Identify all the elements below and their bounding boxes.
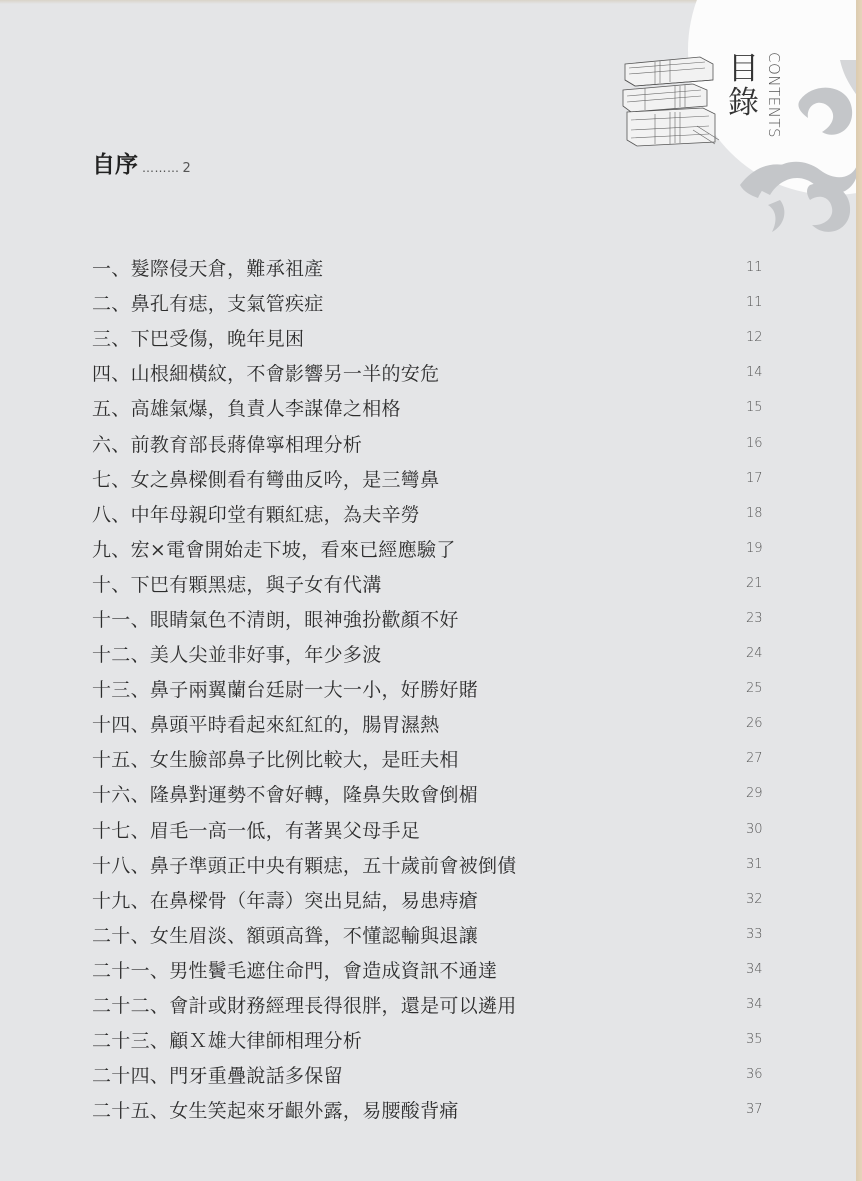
toc-entry-page: 26 <box>746 716 772 731</box>
toc-entry-page: 24 <box>746 646 772 661</box>
toc-entry-page: 34 <box>746 962 772 977</box>
toc-entry-title: 十二、美人尖並非好事，年少多波 <box>92 640 382 667</box>
toc-entry-title: 二十二、會計或財務經理長得很胖，還是可以遴用 <box>92 991 517 1018</box>
toc-entry-title: 二十三、顧Ｘ雄大律師相理分析 <box>92 1026 362 1053</box>
toc-preface-entry[interactable]: 自序 ……… 2 <box>92 146 191 179</box>
table-of-contents: 一、髮際侵天倉，難承祖產11 二、鼻孔有痣，支氣管疾症11 三、下巴受傷，晚年見… <box>92 250 772 1127</box>
toc-entry-title: 一、髮際侵天倉，難承祖產 <box>92 254 324 281</box>
toc-entry[interactable]: 十八、鼻子準頭正中央有顆痣，五十歲前會被倒債31 <box>92 847 772 882</box>
toc-entry-title: 二十一、男性鬢毛遮住命門，會造成資訊不通達 <box>92 956 497 983</box>
toc-entry-page: 17 <box>746 471 772 486</box>
page-title-english: CONTENTS <box>765 52 783 138</box>
toc-entry[interactable]: 十五、女生臉部鼻子比例比較大，是旺夫相27 <box>92 741 772 776</box>
toc-entry[interactable]: 七、女之鼻樑側看有彎曲反吟，是三彎鼻17 <box>92 461 772 496</box>
toc-entry-page: 14 <box>746 365 772 380</box>
toc-entry[interactable]: 二十五、女生笑起來牙齦外露，易腰酸背痛37 <box>92 1092 772 1127</box>
toc-entry[interactable]: 二十二、會計或財務經理長得很胖，還是可以遴用34 <box>92 987 772 1022</box>
toc-entry[interactable]: 十二、美人尖並非好事，年少多波24 <box>92 636 772 671</box>
toc-entry[interactable]: 二十、女生眉淡、額頭高聳，不懂認輸與退讓33 <box>92 917 772 952</box>
toc-entry-page: 15 <box>746 400 772 415</box>
toc-entry-title: 十五、女生臉部鼻子比例比較大，是旺夫相 <box>92 745 459 772</box>
title-char-2: 錄 <box>728 86 762 120</box>
toc-entry[interactable]: 三、下巴受傷，晚年見困12 <box>92 320 772 355</box>
toc-entry-page: 25 <box>746 681 772 696</box>
toc-entry-page: 32 <box>746 892 772 907</box>
toc-entry[interactable]: 十九、在鼻樑骨（年壽）突出見結，易患痔瘡32 <box>92 882 772 917</box>
toc-entry[interactable]: 四、山根細橫紋，不會影響另一半的安危14 <box>92 355 772 390</box>
toc-entry[interactable]: 十、下巴有顆黑痣，與子女有代溝21 <box>92 566 772 601</box>
toc-entry-title: 七、女之鼻樑側看有彎曲反吟，是三彎鼻 <box>92 465 439 492</box>
toc-entry-page: 27 <box>746 751 772 766</box>
toc-entry-page: 11 <box>746 260 772 275</box>
toc-entry-page: 16 <box>746 436 772 451</box>
toc-entry-title: 十九、在鼻樑骨（年壽）突出見結，易患痔瘡 <box>92 886 478 913</box>
toc-entry[interactable]: 十六、隆鼻對運勢不會好轉，隆鼻失敗會倒楣29 <box>92 776 772 811</box>
toc-entry-page: 12 <box>746 330 772 345</box>
toc-entry-title: 十一、眼睛氣色不清朗，眼神強扮歡顏不好 <box>92 605 459 632</box>
preface-page-number: 2 <box>183 161 191 176</box>
toc-entry-title: 十三、鼻子兩翼蘭台廷尉一大一小，好勝好賭 <box>92 675 478 702</box>
toc-entry-page: 18 <box>746 506 772 521</box>
toc-entry-title: 五、高雄氣爆，負責人李謀偉之相格 <box>92 394 401 421</box>
toc-entry-page: 37 <box>746 1102 772 1117</box>
toc-entry[interactable]: 六、前教育部長蔣偉寧相理分析16 <box>92 425 772 460</box>
preface-title: 自序 <box>92 146 138 179</box>
toc-entry-page: 31 <box>746 857 772 872</box>
page-title-chinese: 目 錄 <box>728 52 762 120</box>
toc-entry-page: 36 <box>746 1067 772 1082</box>
toc-entry[interactable]: 十四、鼻頭平時看起來紅紅的，腸胃濕熱26 <box>92 706 772 741</box>
toc-entry[interactable]: 九、宏×電會開始走下坡，看來已經應驗了19 <box>92 531 772 566</box>
toc-entry[interactable]: 十三、鼻子兩翼蘭台廷尉一大一小，好勝好賭25 <box>92 671 772 706</box>
book-page: 目 錄 CONTENTS 自序 ……… 2 一、髮際侵天倉，難承祖產11 二、鼻… <box>0 0 856 1181</box>
toc-entry-page: 11 <box>746 295 772 310</box>
toc-entry-title: 二十四、門牙重疊說話多保留 <box>92 1061 343 1088</box>
toc-entry-title: 十六、隆鼻對運勢不會好轉，隆鼻失敗會倒楣 <box>92 780 478 807</box>
toc-entry[interactable]: 八、中年母親印堂有顆紅痣，為夫辛勞18 <box>92 496 772 531</box>
toc-entry-title: 九、宏×電會開始走下坡，看來已經應驗了 <box>92 535 456 562</box>
toc-entry-title: 四、山根細橫紋，不會影響另一半的安危 <box>92 359 439 386</box>
toc-entry-title: 六、前教育部長蔣偉寧相理分析 <box>92 430 362 457</box>
toc-entry-title: 十四、鼻頭平時看起來紅紅的，腸胃濕熱 <box>92 710 439 737</box>
toc-entry-title: 十、下巴有顆黑痣，與子女有代溝 <box>92 570 382 597</box>
leader-dots: ……… <box>142 161 180 175</box>
toc-entry-page: 19 <box>746 541 772 556</box>
toc-entry-page: 21 <box>746 576 772 591</box>
toc-entry-page: 33 <box>746 927 772 942</box>
toc-entry-title: 十八、鼻子準頭正中央有顆痣，五十歲前會被倒債 <box>92 851 517 878</box>
toc-entry-title: 十七、眉毛一高一低，有著異父母手足 <box>92 816 420 843</box>
title-char-1: 目 <box>728 52 762 86</box>
stacked-books-icon <box>615 52 730 147</box>
toc-entry-title: 二十、女生眉淡、額頭高聳，不懂認輸與退讓 <box>92 921 478 948</box>
page-edge-strip <box>856 0 862 1181</box>
toc-entry-page: 29 <box>746 786 772 801</box>
toc-entry-page: 23 <box>746 611 772 626</box>
toc-entry-title: 八、中年母親印堂有顆紅痣，為夫辛勞 <box>92 500 420 527</box>
toc-entry[interactable]: 二十四、門牙重疊說話多保留36 <box>92 1057 772 1092</box>
toc-entry[interactable]: 一、髮際侵天倉，難承祖產11 <box>92 250 772 285</box>
toc-entry[interactable]: 二十三、顧Ｘ雄大律師相理分析35 <box>92 1022 772 1057</box>
toc-entry[interactable]: 十七、眉毛一高一低，有著異父母手足30 <box>92 812 772 847</box>
toc-entry[interactable]: 十一、眼睛氣色不清朗，眼神強扮歡顏不好23 <box>92 601 772 636</box>
toc-entry-title: 二、鼻孔有痣，支氣管疾症 <box>92 289 324 316</box>
toc-entry-page: 34 <box>746 997 772 1012</box>
toc-entry-page: 30 <box>746 822 772 837</box>
toc-entry-title: 二十五、女生笑起來牙齦外露，易腰酸背痛 <box>92 1096 459 1123</box>
toc-entry[interactable]: 二十一、男性鬢毛遮住命門，會造成資訊不通達34 <box>92 952 772 987</box>
toc-entry[interactable]: 五、高雄氣爆，負責人李謀偉之相格15 <box>92 390 772 425</box>
toc-entry-title: 三、下巴受傷，晚年見困 <box>92 324 304 351</box>
toc-entry-page: 35 <box>746 1032 772 1047</box>
toc-entry[interactable]: 二、鼻孔有痣，支氣管疾症11 <box>92 285 772 320</box>
